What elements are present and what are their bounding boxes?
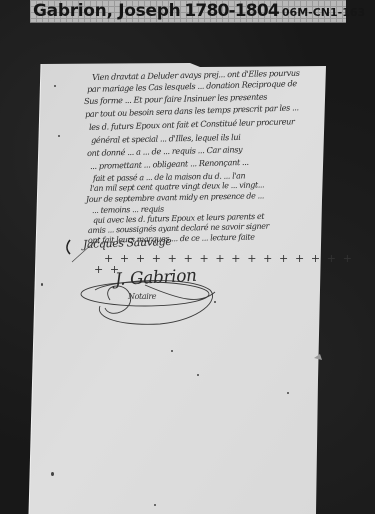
notary-title: Notaire [128,292,156,301]
paper-speck [171,350,173,352]
paper-speck [214,301,216,303]
manuscript-page: Vien dravtat a Deluder avays prej... ont… [0,0,375,514]
paper-speck [54,85,56,87]
paper-speck [154,504,156,506]
notary-signature: J. Gabrion [114,266,197,290]
paper-speck [41,283,43,286]
paper-speck [58,135,60,137]
paper-speck [287,392,289,394]
paper-speck [51,472,54,476]
text-line: ... temoins ... requis [92,204,164,215]
paper-speck [197,374,199,376]
witness-marks-row-1: + + + + + + + + + + + + + + + + [104,252,354,265]
